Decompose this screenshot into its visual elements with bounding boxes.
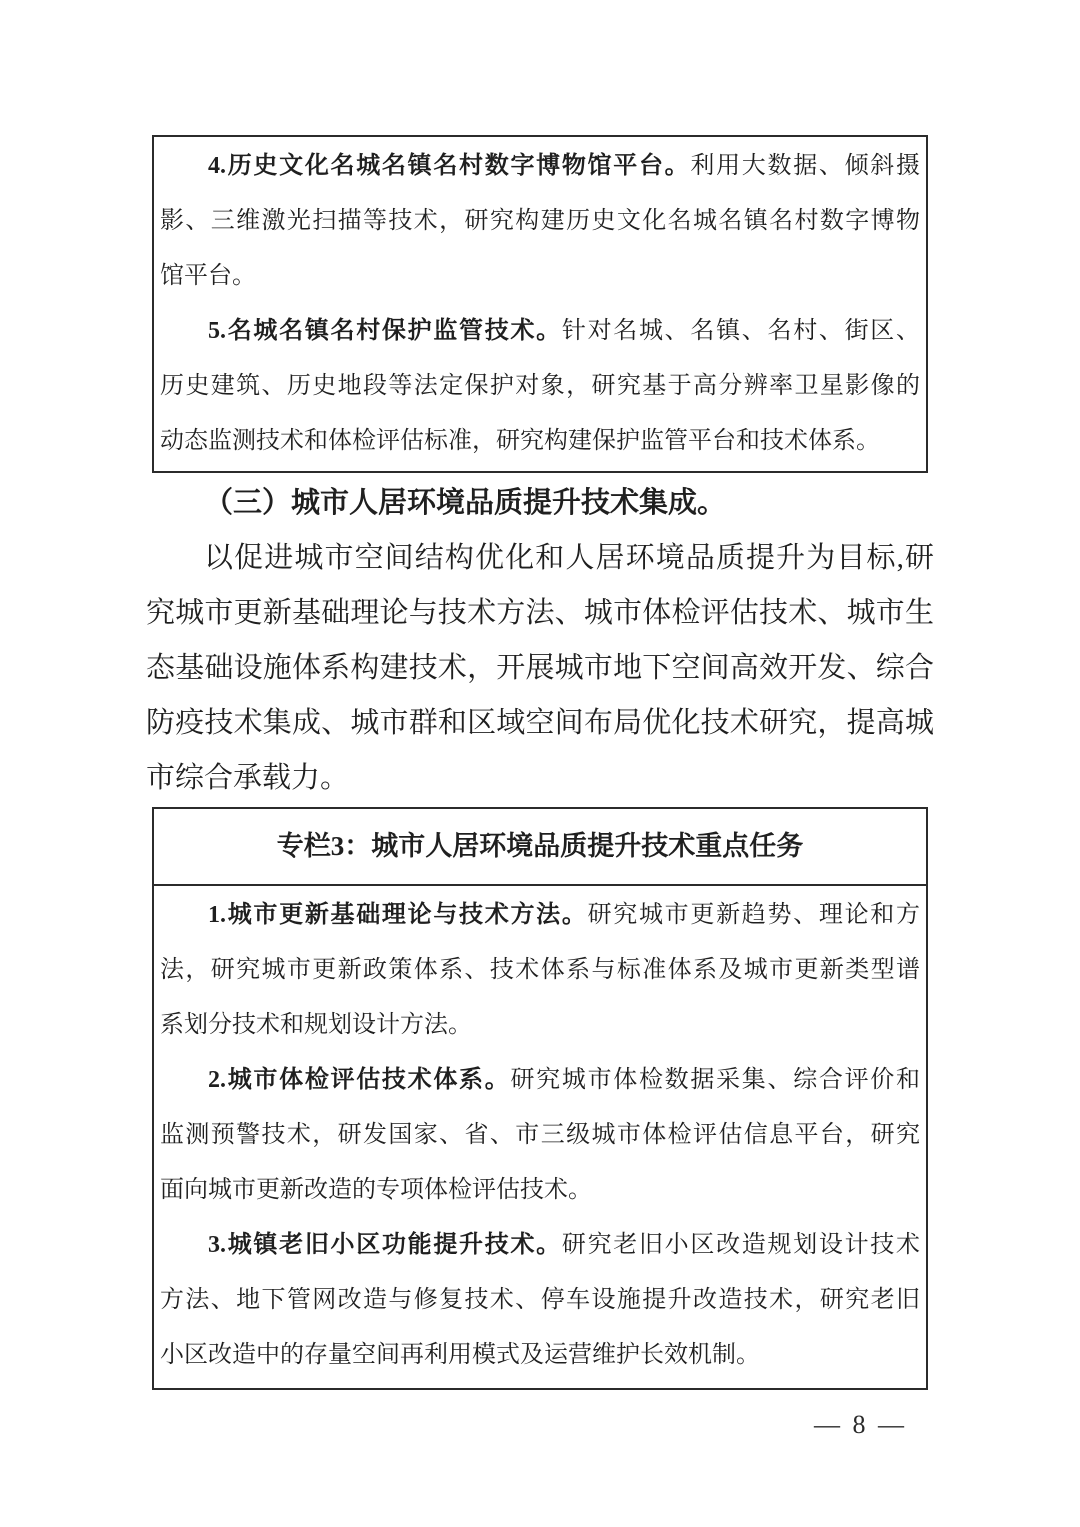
text-line: 4.历史文化名城名镇名村数字博物馆平台。利用大数据、倾斜摄 (160, 139, 920, 194)
section-3-paragraph: 以促进城市空间结构优化和人居环境品质提升为目标,研究城市更新基础理论与技术方法、… (146, 531, 934, 806)
box-item-1: 1.城市更新基础理论与技术方法。研究城市更新趋势、理论和方法，研究城市更新政策体… (160, 888, 920, 1053)
text-segment: 历史建筑、历史地段等法定保护对象，研究基于高分辨率卫星影像的 (160, 373, 920, 399)
text-line: 以促进城市空间结构优化和人居环境品质提升为目标,研 (146, 531, 934, 586)
text-line: 1.城市更新基础理论与技术方法。研究城市更新趋势、理论和方 (160, 888, 920, 943)
text-line: 2.城市体检评估技术体系。研究城市体检数据采集、综合评价和 (160, 1053, 920, 1108)
text-segment: 研究城市更新趋势、理论和方 (588, 902, 920, 928)
text-line: 面向城市更新改造的专项体检评估技术。 (160, 1163, 920, 1218)
text-line: 态基础设施体系构建技术，开展城市地下空间高效开发、综合 (146, 641, 934, 696)
text-line: 动态监测技术和体检评估标准，研究构建保护监管平台和技术体系。 (160, 414, 920, 469)
text-segment: 小区改造中的存量空间再利用模式及运营维护长效机制。 (160, 1342, 760, 1368)
text-line: 影、三维激光扫描等技术，研究构建历史文化名城名镇名村数字博物 (160, 194, 920, 249)
text-line: 历史建筑、历史地段等法定保护对象，研究基于高分辨率卫星影像的 (160, 359, 920, 414)
text-line: 究城市更新基础理论与技术方法、城市体检评估技术、城市生 (146, 586, 934, 641)
text-segment: 针对名城、名镇、名村、街区、 (562, 318, 920, 344)
text-line: 方法、地下管网改造与修复技术、停车设施提升改造技术，研究老旧 (160, 1273, 920, 1328)
document-page: 4.历史文化名城名镇名村数字博物馆平台。利用大数据、倾斜摄影、三维激光扫描等技术… (146, 0, 934, 1440)
text-segment: 馆平台。 (160, 263, 256, 289)
text-segment: 法，研究城市更新政策体系、技术体系与标准体系及城市更新类型谱 (160, 957, 920, 983)
text-segment: 系划分技术和规划设计方法。 (160, 1012, 472, 1038)
text-segment: 以促进城市空间结构优化和人居环境品质提升为目标,研 (204, 542, 934, 574)
text-line: 监测预警技术，研发国家、省、市三级城市体检评估信息平台，研究 (160, 1108, 920, 1163)
text-segment: 面向城市更新改造的专项体检评估技术。 (160, 1177, 592, 1203)
text-line: 小区改造中的存量空间再利用模式及运营维护长效机制。 (160, 1328, 920, 1383)
item-lead-bold: 2.城市体检评估技术体系。 (208, 1067, 510, 1093)
text-line: 馆平台。 (160, 249, 920, 304)
text-line: 市综合承载力。 (146, 751, 934, 806)
item-lead-bold: 4.历史文化名城名镇名村数字博物馆平台。 (208, 153, 690, 179)
text-line: 法，研究城市更新政策体系、技术体系与标准体系及城市更新类型谱 (160, 943, 920, 998)
text-segment: 研究城市体检数据采集、综合评价和 (510, 1067, 920, 1093)
text-segment: 监测预警技术，研发国家、省、市三级城市体检评估信息平台，研究 (160, 1122, 920, 1148)
page-number: — 8 — (146, 1410, 934, 1440)
text-segment: 研究老旧小区改造规划设计技术 (562, 1232, 920, 1258)
text-segment: 市综合承载力。 (146, 762, 349, 794)
highlight-box-column3: 专栏3：城市人居环境品质提升技术重点任务 1.城市更新基础理论与技术方法。研究城… (152, 807, 928, 1390)
item-lead-bold: 1.城市更新基础理论与技术方法。 (208, 902, 588, 928)
text-segment: 影、三维激光扫描等技术，研究构建历史文化名城名镇名村数字博物 (160, 208, 920, 234)
box-item-4: 4.历史文化名城名镇名村数字博物馆平台。利用大数据、倾斜摄影、三维激光扫描等技术… (160, 139, 920, 304)
text-line: 3.城镇老旧小区功能提升技术。研究老旧小区改造规划设计技术 (160, 1218, 920, 1273)
text-line: 防疫技术集成、城市群和区域空间布局优化技术研究，提高城 (146, 696, 934, 751)
box-item-2: 2.城市体检评估技术体系。研究城市体检数据采集、综合评价和监测预警技术，研发国家… (160, 1053, 920, 1218)
item-lead-bold: 3.城镇老旧小区功能提升技术。 (208, 1232, 562, 1258)
box-item-5: 5.名城名镇名村保护监管技术。针对名城、名镇、名村、街区、历史建筑、历史地段等法… (160, 304, 920, 469)
box-item-3: 3.城镇老旧小区功能提升技术。研究老旧小区改造规划设计技术方法、地下管网改造与修… (160, 1218, 920, 1383)
column3-title: 专栏3：城市人居环境品质提升技术重点任务 (154, 809, 926, 886)
text-line: 系划分技术和规划设计方法。 (160, 998, 920, 1053)
text-segment: 方法、地下管网改造与修复技术、停车设施提升改造技术，研究老旧 (160, 1287, 920, 1313)
text-segment: 究城市更新基础理论与技术方法、城市体检评估技术、城市生 (146, 597, 934, 629)
text-line: 5.名城名镇名村保护监管技术。针对名城、名镇、名村、街区、 (160, 304, 920, 359)
section-heading-3: （三）城市人居环境品质提升技术集成。 (146, 476, 934, 531)
text-segment: 利用大数据、倾斜摄 (690, 153, 920, 179)
item-lead-bold: 5.名城名镇名村保护监管技术。 (208, 318, 562, 344)
highlight-box-heritage-tasks: 4.历史文化名城名镇名村数字博物馆平台。利用大数据、倾斜摄影、三维激光扫描等技术… (152, 135, 928, 473)
text-segment: 防疫技术集成、城市群和区域空间布局优化技术研究，提高城 (146, 707, 934, 739)
column3-body: 1.城市更新基础理论与技术方法。研究城市更新趋势、理论和方法，研究城市更新政策体… (154, 886, 926, 1388)
text-segment: 态基础设施体系构建技术，开展城市地下空间高效开发、综合 (146, 652, 934, 684)
text-segment: 动态监测技术和体检评估标准，研究构建保护监管平台和技术体系。 (160, 428, 880, 454)
